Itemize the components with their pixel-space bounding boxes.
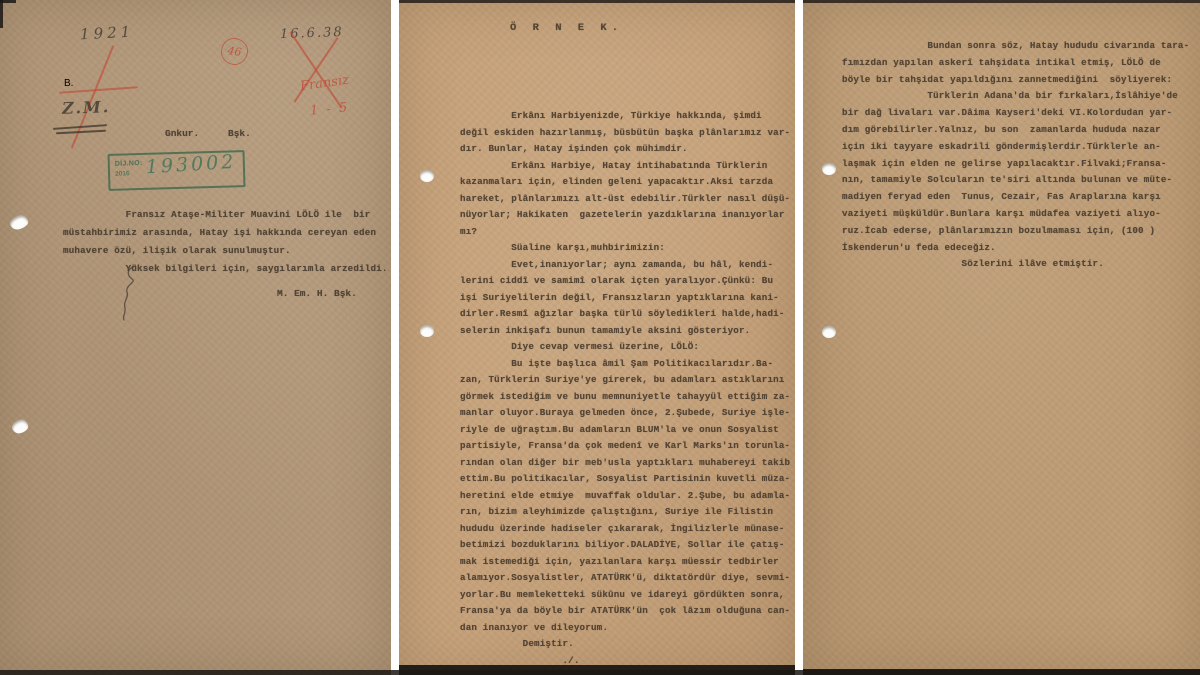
text-line: lerini ciddî ve samimî olarak içten yara… [460, 273, 790, 290]
addressee-org: Gnkur. [165, 128, 199, 139]
transcript-continued-text: Bundan sonra söz, Hatay hududu civarında… [842, 38, 1189, 273]
text-line: böyle bir tahşidat yapıldığını zannetmed… [842, 72, 1189, 89]
text-line: Yüksek bilgileri için, saygılarımla arze… [63, 260, 388, 278]
scan-edge [0, 0, 3, 28]
punch-hole [822, 326, 836, 338]
text-line: nın, tamamiyle Solcuların te'siri altınd… [842, 172, 1189, 189]
text-line: Fransa'ya da böyle bir ATATÜRK'ün çok lâ… [460, 603, 790, 620]
punch-hole [8, 214, 29, 232]
red-handwritten-annotation: Fransız [299, 73, 350, 95]
page-right: Bundan sonra söz, Hatay hududu civarında… [803, 0, 1200, 675]
text-line: nüyorlar; Hakikaten gazetelerin yazdıkla… [460, 207, 790, 224]
text-line: için iki tayyare eskadrili göndermişlerd… [842, 139, 1189, 156]
text-line: Erkânı Harbiye, Hatay intihabatında Türk… [460, 158, 790, 175]
text-line: Diye cevap vermesi üzerine, LÖLÖ: [460, 339, 790, 356]
text-line: betimizi bozduklarını biliyor.DALADİYE, … [460, 537, 790, 554]
initials-underline [56, 130, 106, 134]
document-scan: 1921 B. Z.M. 46 16.6.38 Fransız 1 - 5 Gn… [0, 0, 1200, 675]
transcript-text: Erkânı Harbiyenizde, Türkiye hakkında, ş… [460, 108, 790, 669]
text-line: işi Suriyelilerin değil, Fransızların ya… [460, 290, 790, 307]
text-line: değil eskiden hazırlanmış, büsbütün başk… [460, 125, 790, 142]
text-line: hududu üzerinde hadiseler çıkararak, İng… [460, 521, 790, 538]
handwritten-year-note: 1921 [80, 23, 135, 44]
text-line: muhavere özü, ilişik olarak sunulmuştur. [63, 242, 388, 260]
archive-stamp: DİJ.NO: 2016 193002 [108, 150, 246, 191]
signature-squiggle [118, 264, 144, 322]
page-middle: Ö R N E K. Erkânı Harbiyenizde, Türkiye … [399, 0, 795, 675]
text-line: bir dağ livaları var.Dâima Kayseri'deki … [842, 105, 1189, 122]
text-line: İskenderun'u feda edeceğiz. [842, 240, 1189, 257]
cover-letter-text: Fransız Ataşe-Militer Muavini LÖLÖ ile b… [63, 206, 388, 278]
text-line: Bundan sonra söz, Hatay hududu civarında… [842, 38, 1189, 55]
handwritten-initials: Z.M. [62, 97, 111, 118]
red-circled-number: 46 [219, 36, 249, 66]
text-line: dan inanıyor ve dileyorum. [460, 620, 790, 637]
text-line: madiyen feryad eden Tunus, Cezair, Fas A… [842, 189, 1189, 206]
circled-number-value: 46 [227, 44, 243, 59]
text-line: Erkânı Harbiyenizde, Türkiye hakkında, ş… [460, 108, 790, 125]
punch-hole [822, 163, 836, 175]
text-line: laşmak için elden ne gelirse yapılacaktı… [842, 156, 1189, 173]
text-line: zan, Türklerin Suriye'ye girerek, bu ada… [460, 372, 790, 389]
text-line: Türklerin Adana'da bir fırkaları,İslâhiy… [842, 88, 1189, 105]
text-line: Demiştir. [460, 636, 790, 653]
page-left: 1921 B. Z.M. 46 16.6.38 Fransız 1 - 5 Gn… [0, 0, 391, 675]
red-page-range: 1 - 5 [309, 100, 349, 118]
text-line: alamıyor.Sosyalistler, ATATÜRK'ü, diktat… [460, 570, 790, 587]
text-line: manlar oluyor.Buraya gelmeden önce, 2.Şu… [460, 405, 790, 422]
stamp-year: 2016 [115, 170, 130, 177]
text-line: dım görebilirler.Yalnız, bu son zamanlar… [842, 122, 1189, 139]
punch-hole [10, 418, 29, 435]
stamp-label: DİJ.NO: [115, 160, 143, 168]
text-line: vaziyeti müşküldür.Bunlara karşı müdafea… [842, 206, 1189, 223]
text-line: selerin inkişafı bunun tamamiyle aksini … [460, 323, 790, 340]
text-line: riyle de uğraştım.Bu adamların BLUM'la v… [460, 422, 790, 439]
text-line: Fransız Ataşe-Militer Muavini LÖLÖ ile b… [63, 206, 388, 224]
addressee-title: Bşk. [228, 128, 251, 139]
text-line: rından olan diğer bir meb'usla yaptıklar… [460, 455, 790, 472]
text-line: Sözlerini ilâve etmiştir. [842, 256, 1189, 273]
scan-edge-bottom [0, 670, 1200, 675]
stamp-number: 193002 [145, 151, 237, 179]
punch-hole [420, 325, 434, 337]
signoff: M. Em. H. Bşk. [277, 288, 357, 299]
text-line: ettim.Bu politikacılar, Sosyalist Partis… [460, 471, 790, 488]
text-line: ruz.İcab ederse, plânlarımızın bozulmama… [842, 223, 1189, 240]
text-line: rın, bizim aleyhimizde çalıştığını, Suri… [460, 504, 790, 521]
text-line: Evet,inanıyorlar; aynı zamanda, bu hâl, … [460, 257, 790, 274]
text-line: Süaline karşı,muhbirimizin: [460, 240, 790, 257]
text-line: görmek istediğim ve bunu memnuniyetle ta… [460, 389, 790, 406]
text-line: kazanmaları için, elinden geleni yapacak… [460, 174, 790, 191]
text-line: heretini elde etmiye muvaffak oldular. 2… [460, 488, 790, 505]
text-line: fımızdan yapılan askerî tahşidata intika… [842, 55, 1189, 72]
text-line: mak istemediği için, yazılanlara karşı m… [460, 554, 790, 571]
scan-edge [803, 0, 1200, 3]
punch-hole [420, 170, 434, 182]
text-line: dır. Bunlar, Hatay işinden çok mühimdir. [460, 141, 790, 158]
text-line: Bu işte başlıca âmil Şam Politikacılarıd… [460, 356, 790, 373]
page-title: Ö R N E K. [510, 22, 623, 34]
text-line: partisiyle, Fransa'da çok medenî ve Karl… [460, 438, 790, 455]
text-line: yorlar.Bu memleketteki sükûnu ve idareyi… [460, 587, 790, 604]
text-line: dirler.Resmî ağızlar başka türlü söyledi… [460, 306, 790, 323]
text-line: hareket, plânlarımızı alt-üst edebilir.T… [460, 191, 790, 208]
text-line: mı? [460, 224, 790, 241]
scan-edge [399, 0, 795, 3]
text-line: müstahbirimiz arasında, Hatay işi hakkın… [63, 224, 388, 242]
initial-b: B. [64, 78, 73, 89]
